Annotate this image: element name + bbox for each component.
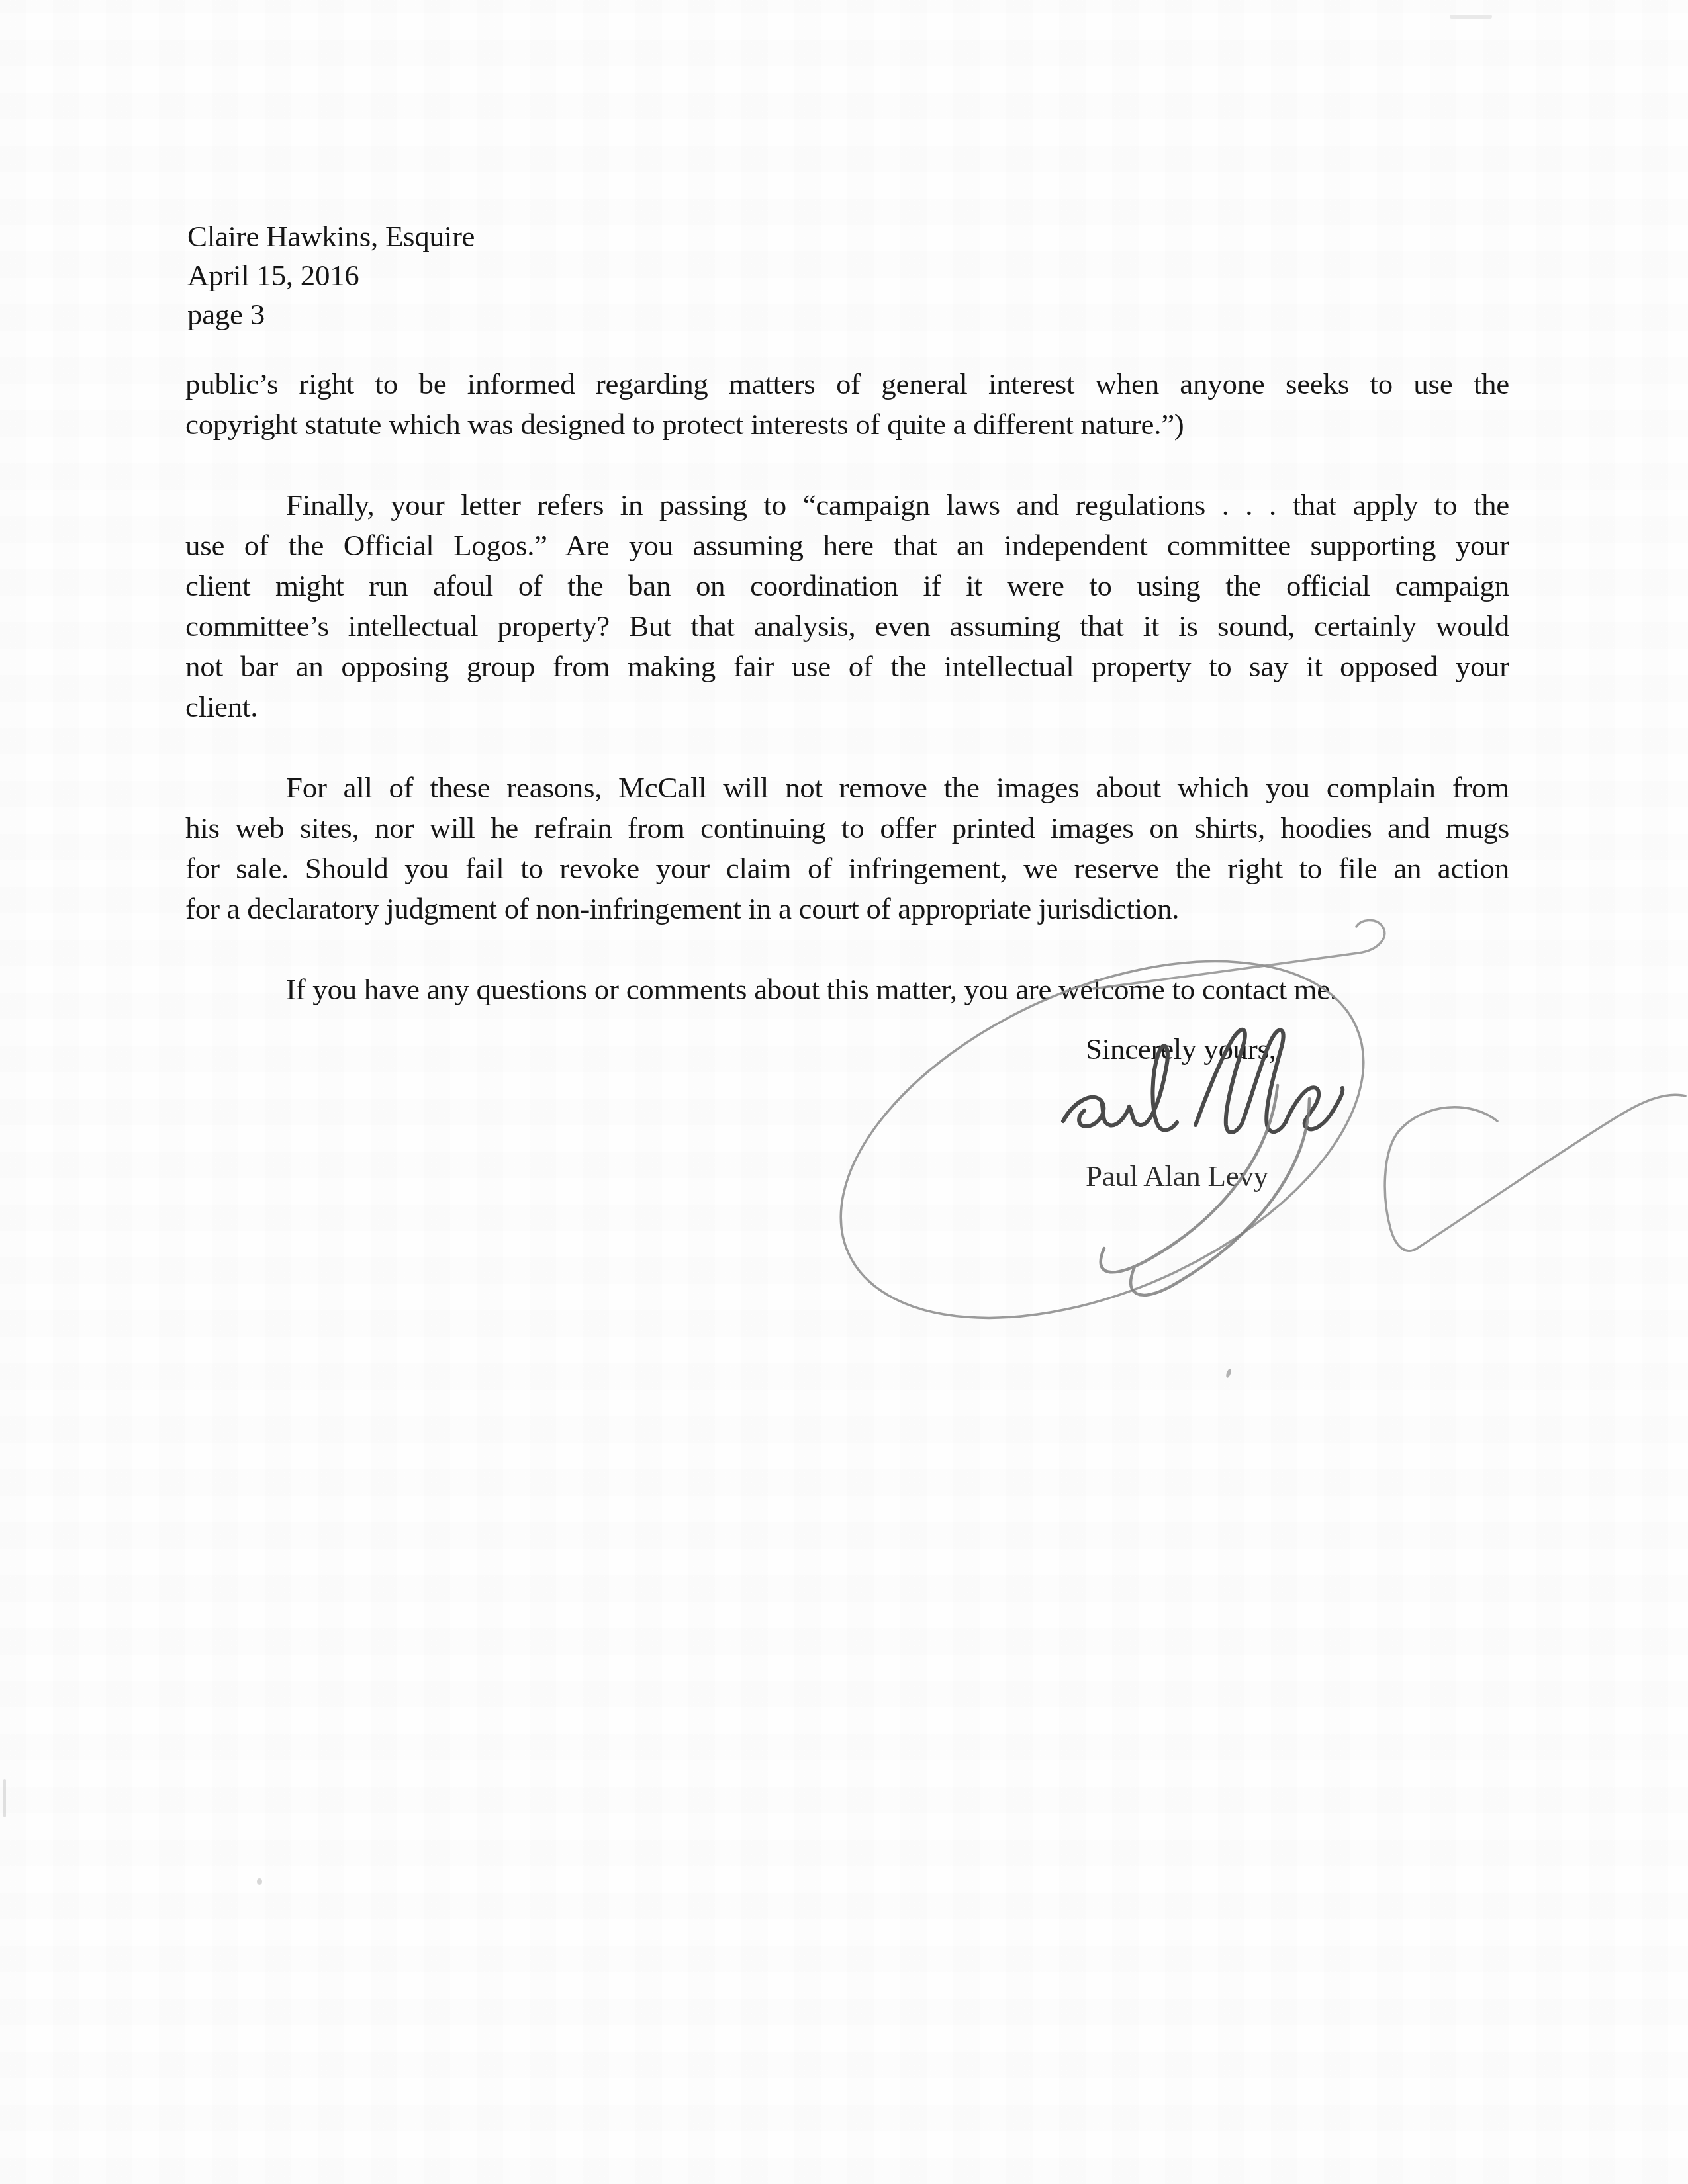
body-line: copyright statute which was designed to …: [185, 404, 1509, 445]
paragraph: Finally, your letter refers in passing t…: [185, 485, 1509, 727]
body-line: For all of these reasons, McCall will no…: [185, 768, 1509, 808]
recipient-name: Claire Hawkins, Esquire: [187, 217, 475, 256]
letter-date: April 15, 2016: [187, 256, 475, 295]
body-line: for a declaratory judgment of non-infrin…: [185, 889, 1509, 929]
body-line: public’s right to be informed regarding …: [185, 364, 1509, 404]
body-line: Finally, your letter refers in passing t…: [185, 485, 1509, 525]
scan-speck: [3, 1779, 6, 1817]
scan-speck: [257, 1878, 262, 1885]
letter-header: Claire Hawkins, Esquire April 15, 2016 p…: [187, 217, 475, 334]
body-line: client.: [185, 687, 1509, 727]
page-number: page 3: [187, 295, 475, 334]
signer-name: Paul Alan Levy: [1086, 1157, 1268, 1196]
signature-swoosh: [1385, 1095, 1685, 1251]
letter-body: public’s right to be informed regarding …: [185, 364, 1509, 1010]
body-line: his web sites, nor will he refrain from …: [185, 808, 1509, 848]
body-line: client might run afoul of the ban on coo…: [185, 566, 1509, 606]
scan-speck: [1225, 1368, 1232, 1378]
body-line: not bar an opposing group from making fa…: [185, 647, 1509, 687]
paragraph: For all of these reasons, McCall will no…: [185, 768, 1509, 929]
body-line: use of the Official Logos.” Are you assu…: [185, 525, 1509, 566]
body-line: committee’s intellectual property? But t…: [185, 606, 1509, 647]
scan-speck: [1450, 15, 1492, 19]
scanned-letter-page: Claire Hawkins, Esquire April 15, 2016 p…: [0, 0, 1688, 2184]
body-line: for sale. Should you fail to revoke your…: [185, 848, 1509, 889]
paragraph: If you have any questions or comments ab…: [185, 970, 1509, 1010]
paragraph: public’s right to be informed regarding …: [185, 364, 1509, 445]
valediction: Sincerely yours,: [1086, 1030, 1276, 1069]
body-line: If you have any questions or comments ab…: [185, 970, 1509, 1010]
